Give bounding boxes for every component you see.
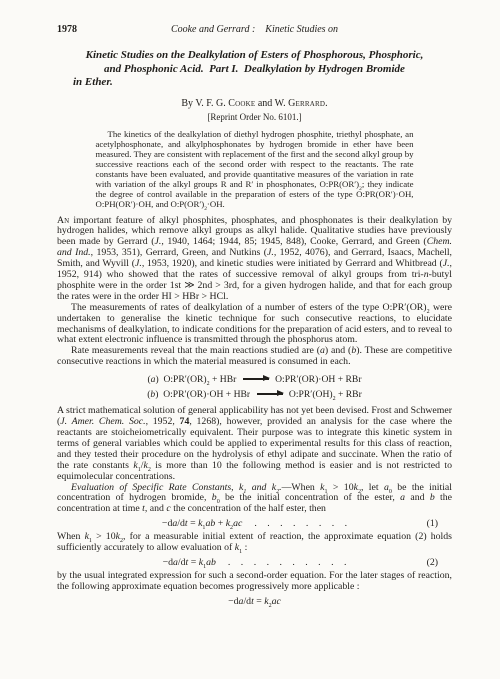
equation-2: −da/dt = k1ab. . . . . . . . . . (2)	[57, 556, 452, 569]
abstract: The kinetics of the dealkylation of diet…	[96, 129, 414, 209]
paragraph-when-k1: When k1 > 10k2, for a measurable initial…	[57, 532, 452, 554]
title-line-3: in Ether.	[73, 76, 452, 90]
paragraph-integrated-expression: by the usual integrated expression for s…	[57, 571, 452, 593]
equation-1: −da/dt = k1ab + k2ac. . . . . . . . (1)	[57, 517, 452, 530]
dot-leaders: . . . . . . . .	[254, 518, 347, 529]
running-head: Cooke and Gerrard : Kinetic Studies on	[57, 24, 452, 35]
page-header: 1978 Cooke and Gerrard : Kinetic Studies…	[57, 24, 452, 37]
byline: By V. F. G. Cooke and W. Gerrard.	[57, 98, 452, 109]
paragraph-rate-measurements: Rate measurements reveal that the main r…	[57, 346, 452, 368]
title-line-1: Kinetic Studies on the Dealkylation of E…	[57, 49, 452, 63]
paragraph-evaluation-heading: Evaluation of Specific Rate Constants, k…	[57, 483, 452, 516]
reaction-b: (b) O:PR′(OR)·OH + HBr O:PR′(OH)2 + RBr	[57, 387, 452, 402]
reaction-arrow-icon	[257, 393, 283, 394]
equation-3: −da/dt = k2ac	[57, 595, 452, 608]
title-line-2: and Phosphonic Acid. Part I. Dealkylatio…	[57, 63, 452, 77]
equation-1-number: (1)	[427, 517, 438, 530]
article-title: Kinetic Studies on the Dealkylation of E…	[57, 49, 452, 90]
reprint-order: [Reprint Order No. 6101.]	[57, 112, 452, 122]
reaction-arrow-icon	[243, 378, 269, 379]
paragraph-measurements: The measurements of rates of dealkylatio…	[57, 303, 452, 347]
page-number: 1978	[57, 24, 77, 35]
equation-2-number: (2)	[427, 556, 438, 569]
dot-leaders: . . . . . . . . . .	[228, 557, 347, 568]
equation-2-body: −da/dt = k1ab	[163, 557, 216, 568]
reaction-scheme: (a) O:PR′(OR)2 + HBr O:PR′(OR)·OH + RBr …	[57, 372, 452, 402]
paragraph-intro: An important feature of alkyl phosphites…	[57, 216, 452, 303]
paragraph-mathematical-solution: A strict mathematical solution of genera…	[57, 406, 452, 482]
equation-1-body: −da/dt = k1ab + k2ac	[162, 518, 242, 529]
equation-3-body: −da/dt = k2ac	[228, 596, 281, 607]
reaction-a: (a) O:PR′(OR)2 + HBr O:PR′(OR)·OH + RBr	[57, 372, 452, 387]
journal-page: 1978 Cooke and Gerrard : Kinetic Studies…	[0, 0, 500, 679]
